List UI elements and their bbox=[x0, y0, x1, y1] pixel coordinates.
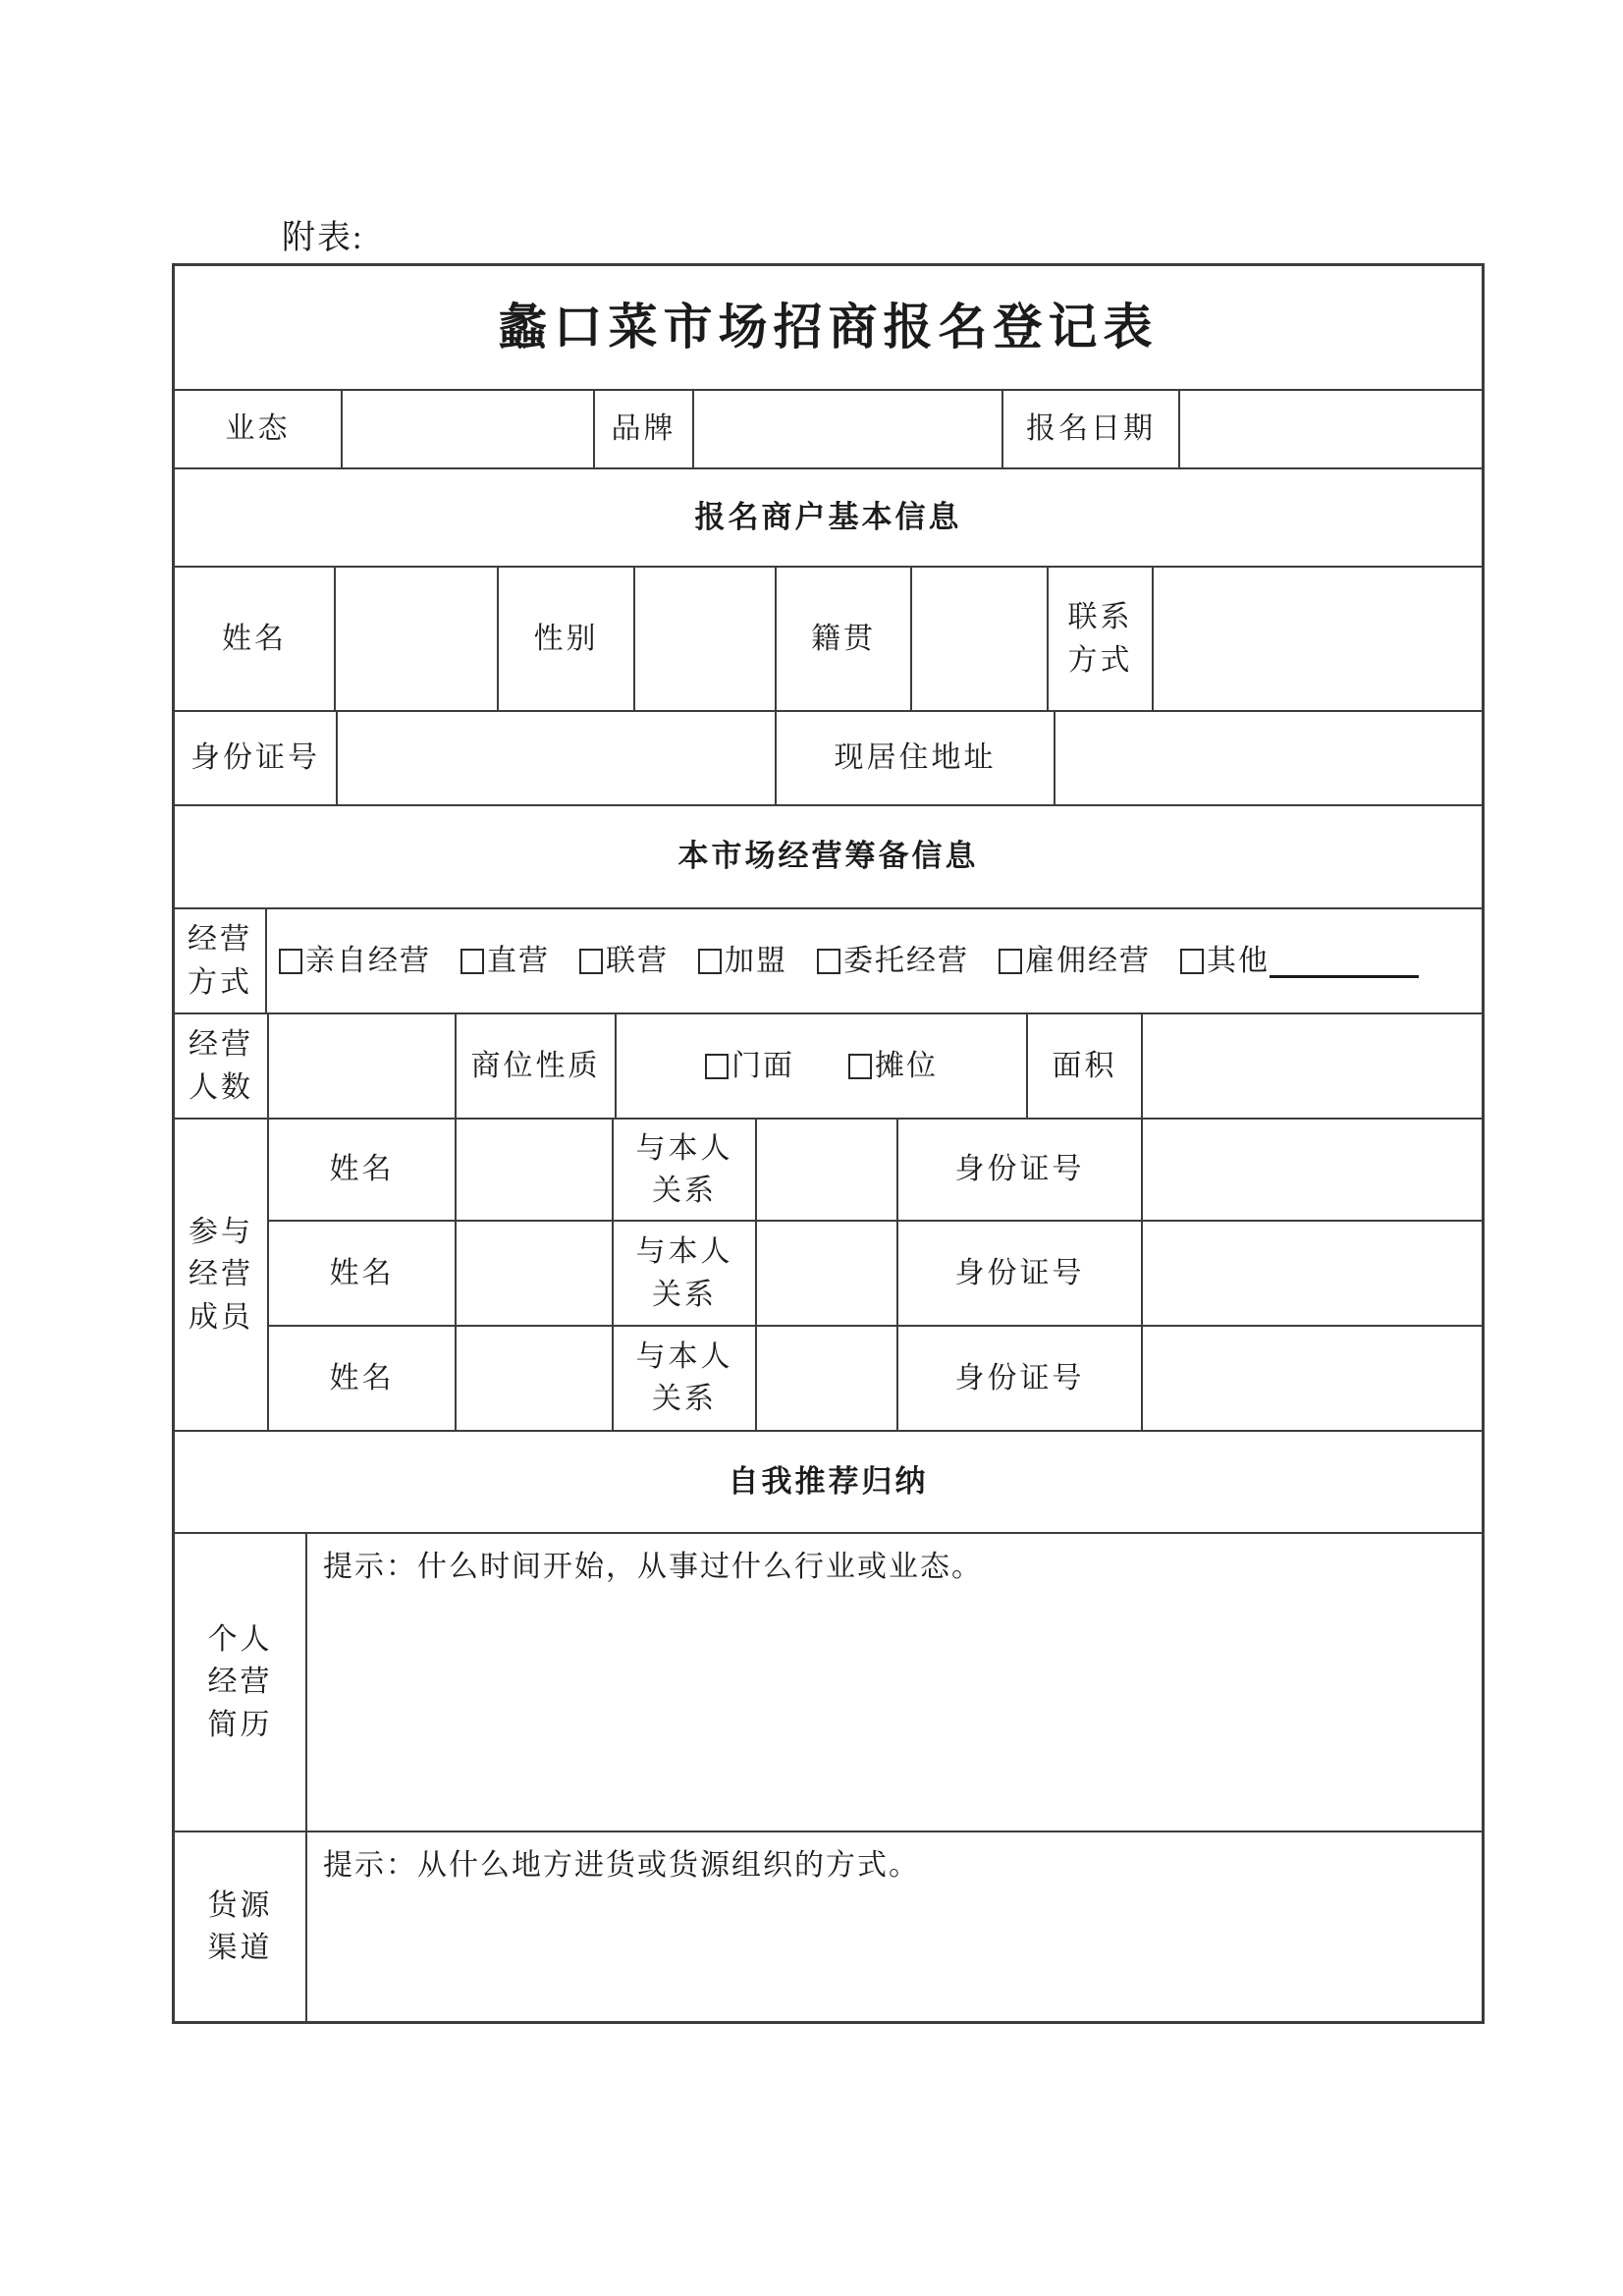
member-relation-value-cell[interactable] bbox=[757, 1120, 898, 1220]
id-number-value-cell[interactable] bbox=[338, 712, 777, 804]
checkbox-icon[interactable] bbox=[999, 949, 1022, 974]
gender-value-cell[interactable] bbox=[635, 568, 777, 710]
section-market-prep-title: 本市场经营筹备信息 bbox=[175, 806, 1482, 907]
members-label: 参与 经营 成员 bbox=[175, 1120, 269, 1430]
member-name-value-cell[interactable] bbox=[457, 1222, 614, 1325]
member-row: 姓名 与本人 关系 身份证号 bbox=[269, 1120, 1482, 1222]
id-address-row: 身份证号 现居住地址 bbox=[175, 712, 1482, 806]
attachment-note: 附表: bbox=[282, 210, 363, 258]
option-label: 加盟 bbox=[725, 940, 787, 983]
option-stall[interactable]: 摊位 bbox=[848, 1045, 938, 1088]
contact-value-cell[interactable] bbox=[1154, 568, 1482, 710]
option-other[interactable]: 其他 bbox=[1180, 940, 1419, 983]
option-self-operate[interactable]: 亲自经营 bbox=[279, 940, 431, 983]
member-id-label: 身份证号 bbox=[898, 1222, 1143, 1325]
member-relation-label: 与本人 关系 bbox=[614, 1222, 757, 1325]
member-relation-label: 与本人 关系 bbox=[614, 1120, 757, 1220]
member-name-label: 姓名 bbox=[269, 1222, 457, 1325]
option-joint[interactable]: 联营 bbox=[579, 940, 669, 983]
resume-row: 个人 经营 简历 提示：什么时间开始，从事过什么行业或业态。 bbox=[175, 1534, 1482, 1832]
option-label: 摊位 bbox=[875, 1045, 938, 1088]
member-row: 姓名 与本人 关系 身份证号 bbox=[269, 1222, 1482, 1327]
option-label: 委托经营 bbox=[843, 940, 969, 983]
date-value-cell[interactable] bbox=[1180, 391, 1482, 467]
section-self-intro-row: 自我推荐归纳 bbox=[175, 1432, 1482, 1534]
native-place-label: 籍贯 bbox=[777, 568, 912, 710]
option-entrusted[interactable]: 委托经营 bbox=[817, 940, 969, 983]
source-content-cell[interactable]: 提示：从什么地方进货或货源组织的方式。 bbox=[307, 1832, 1482, 2021]
option-label: 其他 bbox=[1207, 940, 1270, 983]
checkbox-icon[interactable] bbox=[848, 1054, 872, 1079]
stall-type-options-cell: 门面 摊位 bbox=[617, 1014, 1028, 1118]
business-type-label: 业态 bbox=[175, 391, 343, 467]
section-basic-info-title: 报名商户基本信息 bbox=[175, 469, 1482, 566]
name-label: 姓名 bbox=[175, 568, 336, 710]
contact-label: 联系 方式 bbox=[1049, 568, 1154, 710]
person-basic-row: 姓名 性别 籍贯 联系 方式 bbox=[175, 568, 1482, 712]
title-row: 蠡口菜市场招商报名登记表 bbox=[175, 266, 1482, 391]
address-label: 现居住地址 bbox=[777, 712, 1055, 804]
form-title: 蠡口菜市场招商报名登记表 bbox=[175, 266, 1482, 389]
brand-label: 品牌 bbox=[595, 391, 694, 467]
checkbox-icon[interactable] bbox=[705, 1054, 729, 1079]
option-direct[interactable]: 直营 bbox=[460, 940, 550, 983]
checkbox-icon[interactable] bbox=[698, 949, 722, 974]
resume-content-cell[interactable]: 提示：什么时间开始，从事过什么行业或业态。 bbox=[307, 1534, 1482, 1831]
other-fill-line[interactable] bbox=[1270, 945, 1419, 978]
section-market-prep-row: 本市场经营筹备信息 bbox=[175, 806, 1482, 909]
people-count-value-cell[interactable] bbox=[269, 1014, 457, 1118]
checkbox-icon[interactable] bbox=[817, 949, 840, 974]
resume-label: 个人 经营 简历 bbox=[175, 1534, 307, 1831]
checkbox-icon[interactable] bbox=[1180, 949, 1204, 974]
area-value-cell[interactable] bbox=[1143, 1014, 1482, 1118]
members-block: 参与 经营 成员 姓名 与本人 关系 身份证号 姓名 与本人 关系 身份证号 姓… bbox=[175, 1120, 1482, 1432]
source-label: 货源 渠道 bbox=[175, 1832, 307, 2021]
member-id-value-cell[interactable] bbox=[1143, 1327, 1482, 1430]
stall-type-label: 商位性质 bbox=[457, 1014, 617, 1118]
business-mode-options-cell: 亲自经营 直营 联营 加盟 委托经营 雇佣经营 其他 bbox=[267, 909, 1482, 1012]
option-label: 亲自经营 bbox=[305, 940, 431, 983]
business-type-value-cell[interactable] bbox=[343, 391, 595, 467]
option-label: 雇佣经营 bbox=[1025, 940, 1151, 983]
option-franchise[interactable]: 加盟 bbox=[698, 940, 787, 983]
name-value-cell[interactable] bbox=[336, 568, 499, 710]
section-basic-info-row: 报名商户基本信息 bbox=[175, 469, 1482, 568]
member-name-value-cell[interactable] bbox=[457, 1327, 614, 1430]
option-employed[interactable]: 雇佣经营 bbox=[999, 940, 1151, 983]
address-value-cell[interactable] bbox=[1055, 712, 1482, 804]
section-self-intro-title: 自我推荐归纳 bbox=[175, 1432, 1482, 1532]
member-row: 姓名 与本人 关系 身份证号 bbox=[269, 1327, 1482, 1430]
member-id-value-cell[interactable] bbox=[1143, 1120, 1482, 1220]
area-label: 面积 bbox=[1028, 1014, 1143, 1118]
registration-form-table: 蠡口菜市场招商报名登记表 业态 品牌 报名日期 报名商户基本信息 姓名 性别 籍… bbox=[172, 263, 1485, 2024]
checkbox-icon[interactable] bbox=[279, 949, 302, 974]
people-count-label: 经营 人数 bbox=[175, 1014, 269, 1118]
header-fields-row: 业态 品牌 报名日期 bbox=[175, 391, 1482, 469]
member-name-value-cell[interactable] bbox=[457, 1120, 614, 1220]
id-number-label: 身份证号 bbox=[175, 712, 338, 804]
gender-label: 性别 bbox=[499, 568, 635, 710]
date-label: 报名日期 bbox=[1003, 391, 1180, 467]
member-id-value-cell[interactable] bbox=[1143, 1222, 1482, 1325]
people-stall-row: 经营 人数 商位性质 门面 摊位 面积 bbox=[175, 1014, 1482, 1120]
option-storefront[interactable]: 门面 bbox=[705, 1045, 794, 1088]
brand-value-cell[interactable] bbox=[694, 391, 1003, 467]
member-relation-value-cell[interactable] bbox=[757, 1222, 898, 1325]
member-id-label: 身份证号 bbox=[898, 1120, 1143, 1220]
business-mode-row: 经营 方式 亲自经营 直营 联营 加盟 委托经营 雇佣经营 其他 bbox=[175, 909, 1482, 1014]
native-place-value-cell[interactable] bbox=[912, 568, 1049, 710]
option-label: 直营 bbox=[487, 940, 550, 983]
source-row: 货源 渠道 提示：从什么地方进货或货源组织的方式。 bbox=[175, 1832, 1482, 2021]
member-id-label: 身份证号 bbox=[898, 1327, 1143, 1430]
checkbox-icon[interactable] bbox=[579, 949, 603, 974]
members-rows: 姓名 与本人 关系 身份证号 姓名 与本人 关系 身份证号 姓名 与本人 关系 bbox=[269, 1120, 1482, 1430]
business-mode-label: 经营 方式 bbox=[175, 909, 267, 1012]
member-name-label: 姓名 bbox=[269, 1327, 457, 1430]
checkbox-icon[interactable] bbox=[460, 949, 484, 974]
member-name-label: 姓名 bbox=[269, 1120, 457, 1220]
option-label: 联营 bbox=[606, 940, 669, 983]
member-relation-label: 与本人 关系 bbox=[614, 1327, 757, 1430]
option-label: 门面 bbox=[731, 1045, 794, 1088]
member-relation-value-cell[interactable] bbox=[757, 1327, 898, 1430]
